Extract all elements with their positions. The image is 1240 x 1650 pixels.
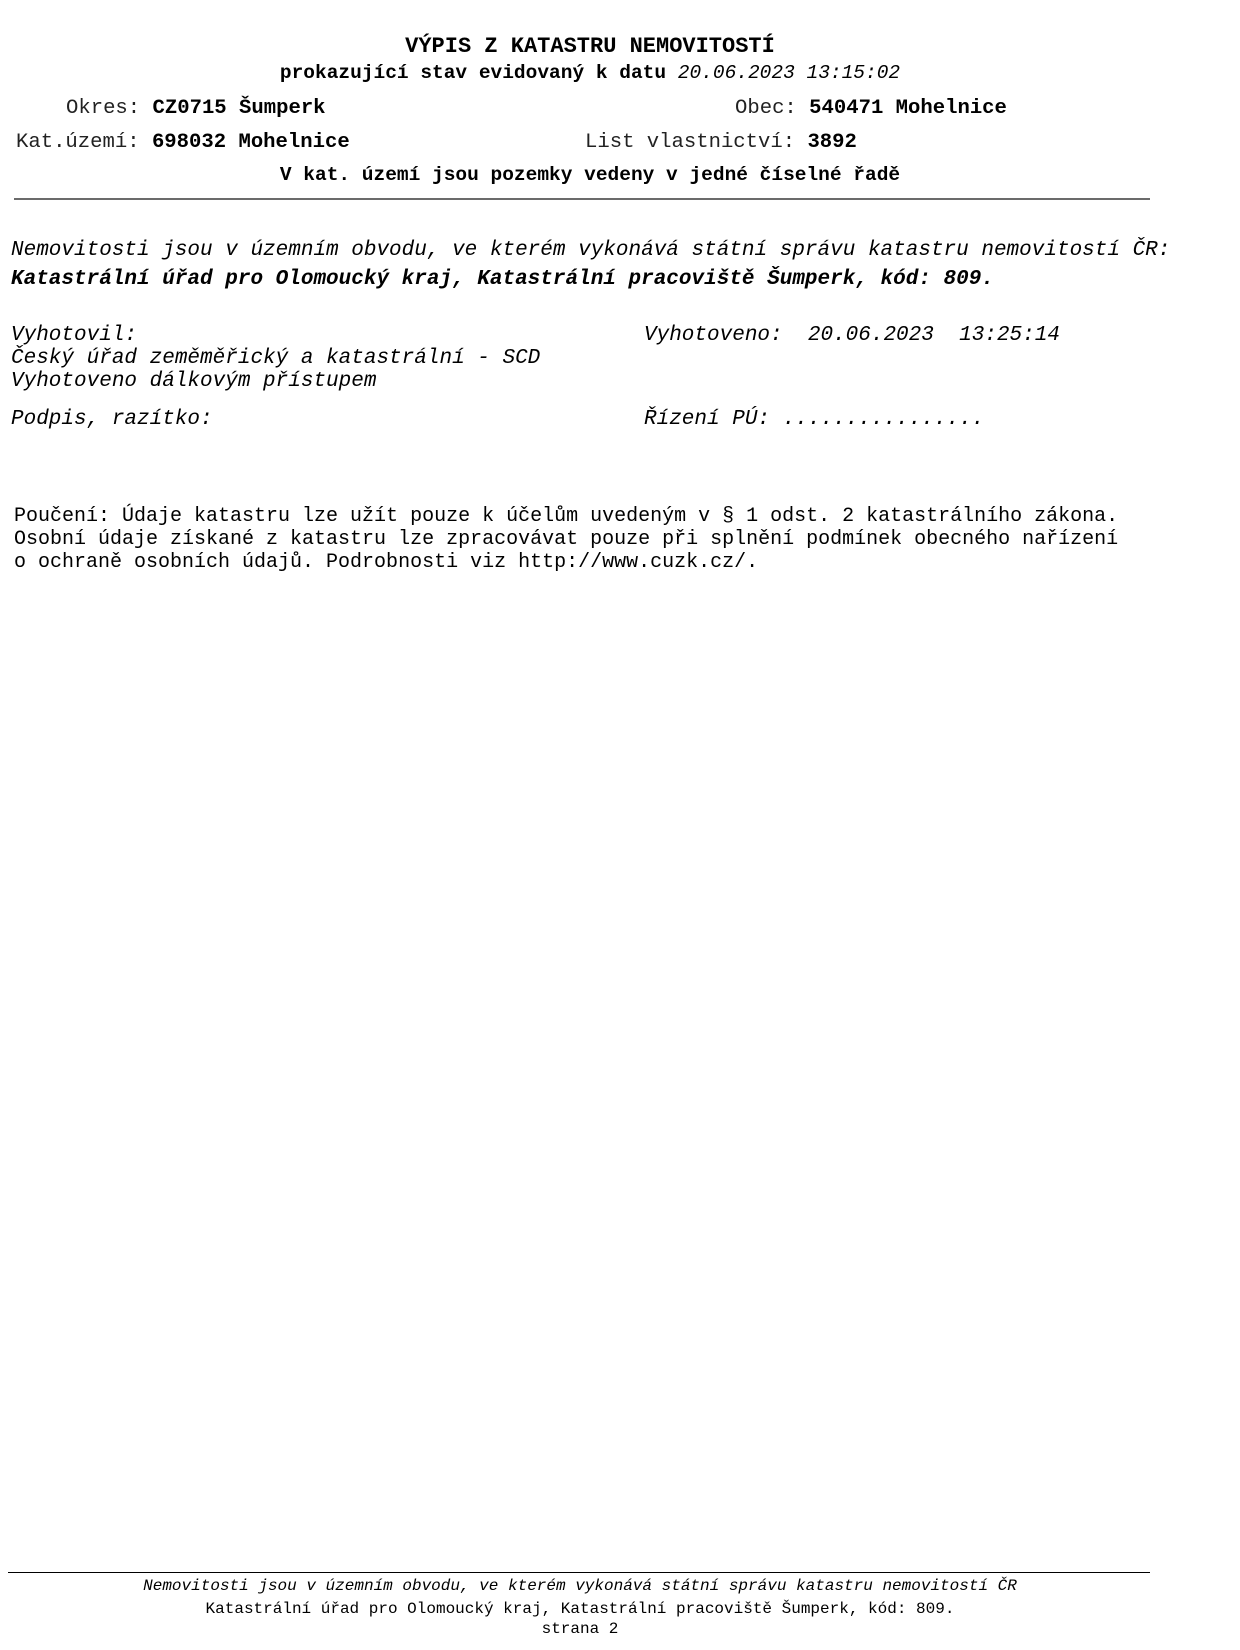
- okres-field: Okres: CZ0715 Šumperk: [66, 99, 326, 120]
- obec-value: 540471 Mohelnice: [809, 97, 1007, 120]
- office-intro: Nemovitosti jsou v územním obvodu, ve kt…: [11, 240, 1170, 261]
- list-vlastnictvi-value: 3892: [807, 131, 856, 154]
- kat-uzemi-label: Kat.území:: [16, 131, 140, 154]
- vyhotoveno-date: 20.06.2023: [808, 324, 934, 347]
- list-vlastnictvi-field: List vlastnictví: 3892: [585, 133, 857, 154]
- signature-label: Podpis, razítko:: [11, 409, 213, 430]
- okres-label: Okres:: [66, 97, 140, 120]
- footer-office-name: Katastrální úřad pro Olomoucký kraj, Kat…: [0, 1601, 1160, 1617]
- rizeni-value: ................: [783, 408, 985, 431]
- notice-line: o ochraně osobních údajů. Podrobnosti vi…: [14, 553, 758, 573]
- header-divider: [14, 198, 1150, 200]
- numbering-note: V kat. území jsou pozemky vedeny v jedné…: [0, 166, 1180, 186]
- vyhotoveno-label: Vyhotoveno:: [644, 324, 783, 347]
- okres-value: CZ0715 Šumperk: [153, 97, 326, 120]
- obec-label: Obec:: [735, 97, 797, 120]
- rizeni-field: Řízení PÚ: ................: [644, 409, 984, 430]
- subtitle-prefix: prokazující stav evidovaný k datu: [280, 62, 678, 84]
- vyhotovil-value: Český úřad zeměměřický a katastrální - S…: [11, 348, 540, 369]
- document-subtitle: prokazující stav evidovaný k datu 20.06.…: [0, 64, 1180, 84]
- footer-divider: [8, 1572, 1150, 1573]
- list-vlastnictvi-label: List vlastnictví:: [585, 131, 795, 154]
- rizeni-label: Řízení PÚ:: [644, 408, 770, 431]
- document-title: VÝPIS Z KATASTRU NEMOVITOSTÍ: [0, 36, 1180, 58]
- notice-line: Osobní údaje získané z katastru lze zpra…: [14, 530, 1118, 550]
- footer-office-intro: Nemovitosti jsou v územním obvodu, ve kt…: [0, 1578, 1160, 1594]
- page-number: strana 2: [0, 1621, 1160, 1637]
- vyhotovil-label: Vyhotovil:: [11, 325, 137, 346]
- status-date: 20.06.2023 13:15:02: [678, 62, 900, 84]
- notice-line: Poučení: Údaje katastru lze užít pouze k…: [14, 507, 1118, 527]
- vyhotoveno-field: Vyhotoveno: 20.06.2023 13:25:14: [644, 325, 1060, 346]
- vyhotoveno-time: 13:25:14: [959, 324, 1060, 347]
- kat-uzemi-field: Kat.území: 698032 Mohelnice: [16, 133, 350, 154]
- vyhotovil-method: Vyhotoveno dálkovým přístupem: [11, 371, 376, 392]
- kat-uzemi-value: 698032 Mohelnice: [152, 131, 350, 154]
- office-name: Katastrální úřad pro Olomoucký kraj, Kat…: [11, 269, 994, 290]
- obec-field: Obec: 540471 Mohelnice: [735, 99, 1007, 120]
